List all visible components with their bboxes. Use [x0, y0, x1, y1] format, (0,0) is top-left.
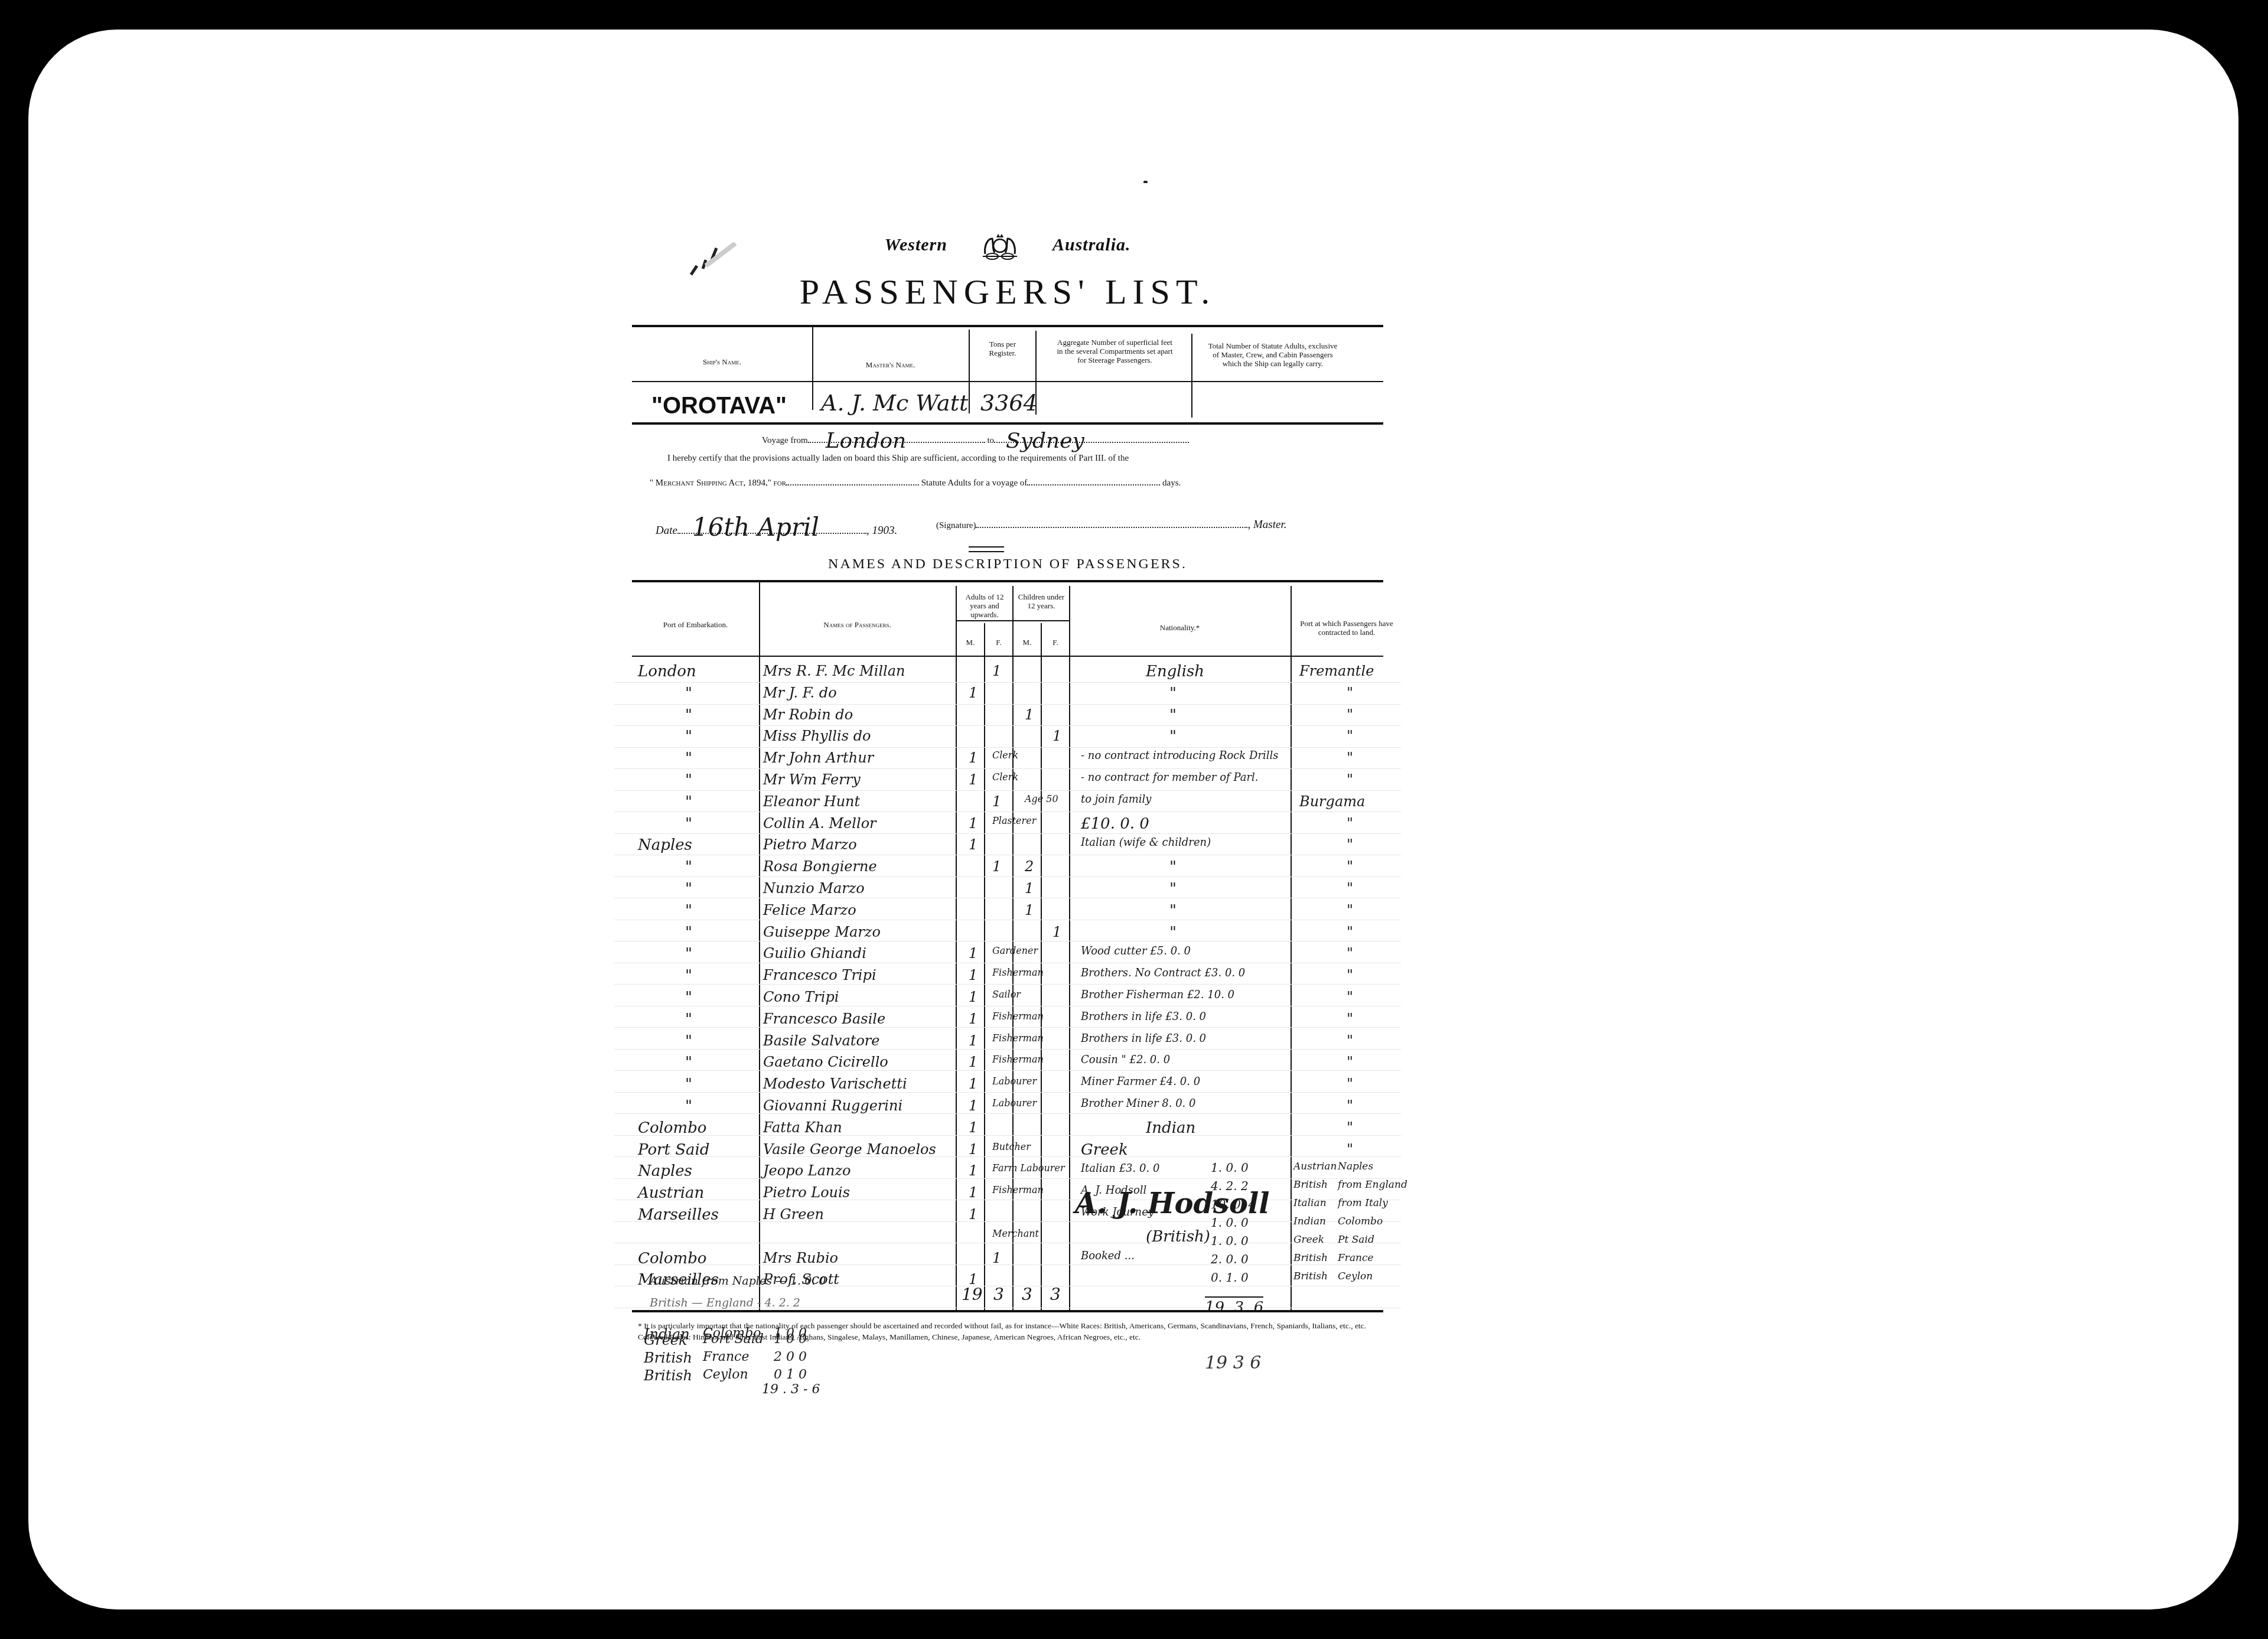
cell-name: Mr J. F. do — [763, 685, 837, 701]
cell-name: Vasile George Manoelos — [763, 1141, 936, 1158]
cell-land: " — [1347, 1054, 1353, 1070]
cell-name: Francesco Basile — [763, 1011, 885, 1027]
cell-af: Labourer — [992, 1076, 1037, 1087]
cell-nat: Wood cutter £5. 0. 0 — [1081, 945, 1191, 957]
header-statute-adults: Total Number of Statute Adults, exclusiv… — [1205, 341, 1341, 368]
cell-cf: 1 — [1052, 924, 1061, 940]
cell-name: Mrs Rubio — [763, 1250, 838, 1266]
cell-am: 1 — [969, 967, 977, 983]
ruled-line — [614, 963, 1401, 963]
ruled-line — [614, 984, 1401, 985]
days-label: days. — [1162, 478, 1181, 488]
cell-name: Fatta Khan — [763, 1119, 842, 1136]
voyage-from-label: Voyage from — [762, 436, 808, 445]
cell-port: Colombo — [638, 1250, 706, 1267]
divider-nationality — [1291, 586, 1292, 1310]
tally-port: from England — [1338, 1179, 1407, 1191]
statute-adults-field — [786, 484, 919, 485]
cell-af: 1 — [992, 663, 1001, 679]
header-port-embarkation: Port of Embarkation. — [632, 620, 759, 629]
voyage-to-field: Sydney — [994, 442, 1189, 443]
cell-cm: 2 — [1025, 858, 1034, 875]
cell-port: London — [638, 663, 696, 680]
cell-port: " — [685, 924, 692, 941]
ruled-line — [614, 1135, 1401, 1136]
rule — [632, 580, 1383, 582]
statute-label: Statute Adults for a voyage of — [921, 478, 1028, 488]
cell-name: Francesco Tripi — [763, 967, 876, 983]
cell-af: Clerk — [992, 750, 1018, 761]
tally-port: Ceylon — [1338, 1270, 1373, 1282]
rule — [632, 656, 1383, 657]
cell-name: Mrs R. F. Mc Millan — [763, 663, 905, 679]
tons-value: 3364 — [980, 390, 1038, 416]
ruled-line — [614, 920, 1401, 920]
cell-port: Naples — [638, 1162, 692, 1180]
tally-nationality: British — [1293, 1179, 1328, 1191]
cell-port: Austrian — [638, 1184, 704, 1202]
cell-land: " — [1347, 1011, 1353, 1027]
ruled-line — [614, 812, 1401, 812]
cell-am: 1 — [969, 771, 977, 788]
cell-af: Merchant — [992, 1228, 1039, 1239]
cell-af: Fisherman — [992, 967, 1044, 978]
bottom-tally-port: Ceylon — [703, 1367, 748, 1382]
cell-name: Mr Wm Ferry — [763, 771, 861, 788]
header-masters-name: Master's Name. — [812, 360, 969, 369]
cell-nat: - no contract introducing Rock Drills — [1081, 750, 1279, 762]
ruled-line — [614, 855, 1401, 855]
ruled-line — [614, 704, 1401, 705]
bottom-tally-port: France — [703, 1350, 749, 1364]
cell-am: 1 — [969, 1032, 977, 1049]
cell-af: Fisherman — [992, 1011, 1044, 1022]
tally-port: Colombo — [1338, 1216, 1383, 1227]
cell-land: " — [1347, 945, 1353, 962]
bottom-tally-nat: British — [644, 1350, 692, 1366]
cell-port: " — [685, 858, 692, 876]
tally-nums: 1. 0. 0 — [790, 1275, 826, 1288]
cell-port: " — [685, 1097, 692, 1115]
cell-am: 1 — [969, 1011, 977, 1027]
rule — [957, 620, 1069, 621]
cell-nat: " — [1169, 858, 1177, 876]
cell-am: 1 — [969, 945, 977, 962]
header-names: Names of Passengers. — [759, 620, 956, 629]
cell-land: " — [1347, 924, 1353, 940]
cell-land: " — [1347, 967, 1353, 983]
cell-land: " — [1347, 750, 1353, 766]
tally-port: Pt Said — [1338, 1234, 1374, 1246]
state-western: Western — [884, 235, 947, 255]
cell-am: 1 — [969, 750, 977, 766]
cell-port: " — [685, 945, 692, 963]
tally-port: from Naples — [702, 1275, 772, 1288]
header-child-m: M. — [1014, 638, 1041, 647]
tally-nums: 2. 0. 0 — [1211, 1252, 1249, 1266]
cell-cm: 1 — [1025, 902, 1034, 918]
cell-am: 1 — [969, 1054, 977, 1070]
divider-names — [956, 586, 957, 1310]
cell-name: Eleanor Hunt — [763, 793, 860, 810]
cell-port: Naples — [638, 836, 692, 854]
bottom-tally-nums: 1 0 0 — [774, 1332, 807, 1347]
cell-nat: " — [1169, 880, 1177, 898]
side-total: 19 3 6 — [1205, 1353, 1261, 1373]
cell-land: " — [1347, 1032, 1353, 1049]
cell-af: 1 — [992, 1250, 1001, 1266]
cell-port: " — [685, 967, 692, 985]
rule — [632, 325, 1383, 327]
total-adult-m: 19 — [962, 1285, 983, 1304]
cell-land: " — [1347, 1097, 1353, 1114]
header-ships-name: Ship's Name. — [632, 357, 812, 366]
tally-british: British — England - 4. 2. 2 — [650, 1296, 800, 1309]
ruled-line — [614, 768, 1401, 769]
cell-land: " — [1347, 989, 1353, 1005]
cell-nat: Cousin " £2. 0. 0 — [1081, 1054, 1170, 1066]
cell-cm: Age 50 — [1025, 793, 1058, 804]
ruled-line — [614, 1221, 1401, 1222]
bottom-total: 19 . 3 - 6 — [762, 1382, 820, 1397]
cell-af: Butcher — [992, 1141, 1031, 1152]
tally-nationality: Austrian — [1293, 1161, 1337, 1172]
date-field: 16th April — [677, 533, 866, 534]
cell-name: Rosa Bongierne — [763, 858, 877, 875]
total-child-m: 3 — [1022, 1285, 1032, 1304]
header-adult-f: F. — [985, 638, 1012, 647]
cell-land: " — [1347, 880, 1353, 897]
cell-name: H Green — [763, 1206, 824, 1223]
cell-nat: (British) — [1146, 1228, 1210, 1246]
coat-of-arms-icon — [980, 230, 1019, 260]
bottom-tally-nat: Greek — [644, 1332, 687, 1348]
cell-nat: Booked ... — [1081, 1250, 1135, 1262]
cell-am: 1 — [969, 815, 977, 832]
signature-line: (Signature), Master. — [936, 519, 1286, 532]
double-rule — [969, 546, 1004, 552]
header-children: Children under 12 years. — [1014, 592, 1069, 610]
cell-port: " — [685, 1076, 692, 1093]
voyage-from-field: London — [808, 442, 985, 443]
cell-port: " — [685, 1011, 692, 1028]
cell-cm: 1 — [1025, 706, 1034, 723]
cell-nat: Indian — [1146, 1119, 1195, 1137]
cell-nat: Brothers. No Contract £3. 0. 0 — [1081, 967, 1245, 979]
cell-af: 1 — [992, 858, 1001, 875]
cell-am: 1 — [969, 685, 977, 701]
cell-nat: Brothers in life £3. 0. 0 — [1081, 1011, 1206, 1023]
cell-name: Giovanni Ruggerini — [763, 1097, 902, 1114]
cell-land: " — [1347, 858, 1353, 875]
date-value: 16th April — [692, 513, 819, 542]
cell-am: 1 — [969, 1097, 977, 1114]
date-year: , 1903. — [866, 524, 897, 537]
cell-land: Burgama — [1299, 793, 1365, 810]
ruled-line — [614, 1006, 1401, 1006]
cell-land: " — [1347, 728, 1353, 744]
cell-name: Pietro Marzo — [763, 836, 857, 853]
page-title: PASSENGERS' LIST. — [614, 272, 1401, 312]
ruled-line — [614, 1243, 1401, 1243]
cell-cm: 1 — [1025, 880, 1034, 897]
cell-af: Farm Labourer — [992, 1162, 1065, 1174]
tally-total: 19. 3. 6 — [1205, 1296, 1263, 1317]
cell-port: " — [685, 1054, 692, 1071]
header-adults: Adults of 12 years and upwards. — [957, 592, 1012, 619]
cell-port: " — [685, 989, 692, 1006]
ruled-line — [614, 941, 1401, 941]
cell-nat: - no contract for member of Parl. — [1081, 771, 1259, 784]
bottom-tally-nums: 2 0 0 — [774, 1350, 807, 1364]
tally-nums: 1. 0. 0 — [1211, 1234, 1249, 1248]
cell-port: " — [685, 793, 692, 811]
tally-nums: 4. 2. 2 — [765, 1296, 800, 1309]
cell-name: Mr Robin do — [763, 706, 853, 723]
divider — [1191, 334, 1192, 418]
master-name-value: A. J. Mc Watt — [821, 390, 968, 416]
rule — [632, 422, 1383, 425]
cell-port: " — [685, 685, 692, 702]
cell-name: Collin A. Mellor — [763, 815, 876, 832]
header-child-f: F. — [1042, 638, 1069, 647]
cell-af: 1 — [992, 793, 1001, 810]
cell-nat: " — [1169, 728, 1177, 745]
tally-nationality: Italian — [1293, 1197, 1327, 1209]
cell-name: Cono Tripi — [763, 989, 839, 1005]
tally-port: England — [706, 1296, 754, 1309]
tally-nums: 0. 1. 0 — [1211, 1270, 1249, 1285]
cell-nat: Greek — [1081, 1141, 1128, 1159]
ruled-line — [614, 1265, 1401, 1265]
cell-land: " — [1347, 836, 1353, 853]
ruled-line — [614, 725, 1401, 726]
cell-land: " — [1347, 1141, 1353, 1158]
cell-nat: Italian (wife & children) — [1081, 836, 1211, 849]
official-signature: A. J. Hodsoll — [1075, 1187, 1270, 1220]
cell-port: " — [685, 771, 692, 789]
cell-port: " — [685, 815, 692, 833]
cell-name: Gaetano Cicirello — [763, 1054, 888, 1070]
cell-af: Labourer — [992, 1097, 1037, 1109]
ruled-line — [614, 1200, 1401, 1200]
header-aggregate-feet: Aggregate Number of superficial feet in … — [1054, 338, 1175, 364]
cell-name: Mr John Arthur — [763, 750, 874, 766]
cell-af: Clerk — [992, 771, 1018, 783]
ruled-line — [614, 790, 1401, 791]
cell-nat: " — [1169, 706, 1177, 724]
bottom-tally-nat: British — [644, 1367, 692, 1384]
tally-nationality: British — [1293, 1270, 1328, 1282]
divider-am — [984, 623, 985, 1310]
ruled-line — [614, 833, 1401, 834]
header-tons: Tons per Register. — [980, 340, 1025, 357]
tally-nationality: British — [1293, 1252, 1328, 1264]
cell-nat: English — [1146, 663, 1204, 680]
cell-nat: " — [1169, 902, 1177, 920]
tally-port: from Italy — [1338, 1197, 1388, 1209]
cell-land: " — [1347, 902, 1353, 918]
cell-name: Guiseppe Marzo — [763, 924, 881, 940]
cell-nat: to join family — [1081, 793, 1151, 806]
date-label: Date — [656, 524, 677, 537]
ruled-line — [614, 1027, 1401, 1028]
act-label: " Merchant Shipping Act, 1894," for — [650, 478, 786, 488]
passenger-list-document: Western Australia. PASSENGERS' LIST. Shi… — [614, 183, 1401, 1418]
rule — [632, 381, 1383, 382]
cell-af: Plasterer — [992, 815, 1036, 826]
cell-name: Jeopo Lanzo — [763, 1162, 851, 1179]
tally-nationality: Indian — [1293, 1216, 1326, 1227]
cell-nat: Italian £3. 0. 0 — [1081, 1162, 1159, 1175]
bottom-tally-port: Port Said — [703, 1332, 764, 1347]
cell-port: " — [685, 728, 692, 745]
days-field — [1027, 484, 1160, 485]
cell-am: 1 — [969, 836, 977, 853]
header-nationality: Nationality.* — [1069, 623, 1291, 632]
cell-name: Pietro Louis — [763, 1184, 850, 1201]
tally-austrian: Austrian from Naples — 1. 0. 0 — [650, 1275, 826, 1288]
rule — [632, 1310, 1383, 1312]
cell-land: " — [1347, 706, 1353, 723]
ruled-line — [614, 1070, 1401, 1071]
header-adult-m: M. — [957, 638, 984, 647]
certify-text: I hereby certify that the provisions act… — [667, 454, 1129, 464]
divider — [969, 330, 970, 413]
cell-port: " — [685, 1032, 692, 1050]
cell-name: Nunzio Marzo — [763, 880, 865, 897]
cell-port: " — [685, 880, 692, 898]
tally-nat: British — [650, 1296, 688, 1309]
section-title: NAMES AND DESCRIPTION OF PASSENGERS. — [614, 556, 1401, 572]
tally-nationality: Greek — [1293, 1234, 1324, 1246]
master-label: , Master. — [1247, 519, 1286, 531]
cell-port: Marseilles — [638, 1206, 719, 1224]
cell-land: " — [1347, 1076, 1353, 1092]
cell-af: Fisherman — [992, 1054, 1044, 1065]
voyage-line: Voyage fromLondon toSydney — [762, 436, 1189, 446]
header-port-landing: Port at which Passengers have contracted… — [1291, 619, 1403, 637]
cell-port: " — [685, 750, 692, 767]
voyage-to-value: Sydney — [1006, 429, 1084, 453]
cell-land: " — [1347, 771, 1353, 788]
cell-nat: Brothers in life £3. 0. 0 — [1081, 1032, 1206, 1045]
cell-nat: £10. 0. 0 — [1081, 815, 1149, 833]
cell-name: Basile Salvatore — [763, 1032, 880, 1049]
cell-land: " — [1347, 1119, 1353, 1136]
cell-port: Port Said — [638, 1141, 710, 1159]
cell-am: 1 — [969, 1119, 977, 1136]
signature-label: (Signature) — [936, 521, 976, 530]
ruled-line — [614, 1113, 1401, 1114]
cell-name: Guilio Ghiandi — [763, 945, 866, 962]
state-australia: Australia. — [1052, 235, 1131, 255]
tally-port: Naples — [1338, 1161, 1373, 1172]
cell-nat: " — [1169, 685, 1177, 702]
divider-port — [759, 582, 760, 1310]
cell-name: Miss Phyllis do — [763, 728, 871, 744]
total-child-f: 3 — [1050, 1285, 1061, 1304]
ruled-line — [614, 898, 1401, 898]
divider-children — [1069, 586, 1070, 1310]
cell-af: Fisherman — [992, 1184, 1044, 1195]
cell-land: " — [1347, 685, 1353, 701]
ruled-line — [614, 1178, 1401, 1179]
cell-af: Fisherman — [992, 1032, 1044, 1044]
voyage-from-value: London — [826, 429, 907, 453]
signature-field — [976, 527, 1247, 528]
ship-name-value: "OROTAVA" — [644, 393, 794, 419]
cell-am: 1 — [969, 1162, 977, 1179]
cell-name: Modesto Varischetti — [763, 1076, 907, 1092]
total-adult-f: 3 — [993, 1285, 1004, 1304]
cell-port: " — [685, 902, 692, 920]
cell-af: Gardener — [992, 945, 1038, 956]
cell-cf: 1 — [1052, 728, 1061, 744]
cell-nat: Brother Fisherman £2. 10. 0 — [1081, 989, 1234, 1001]
voyage-to-label: to — [987, 436, 994, 445]
cell-am: 1 — [969, 1184, 977, 1201]
tally-nums: 1. 0. 0 — [1211, 1161, 1249, 1175]
cell-name: Felice Marzo — [763, 902, 856, 918]
date-line: Date16th April, 1903. — [656, 524, 897, 537]
cell-land: Fremantle — [1299, 663, 1374, 679]
act-line: " Merchant Shipping Act, 1894," for Stat… — [650, 478, 1181, 488]
cell-land: " — [1347, 815, 1353, 832]
tally-nat: Austrian — [650, 1275, 698, 1288]
cell-port: " — [685, 706, 692, 724]
cell-am: 1 — [969, 1141, 977, 1158]
ruled-line — [614, 747, 1401, 748]
cell-nat: Brother Miner 8. 0. 0 — [1081, 1097, 1195, 1110]
cell-af: Sailor — [992, 989, 1021, 1000]
cell-port: Colombo — [638, 1119, 706, 1137]
ruled-line — [614, 876, 1401, 877]
ruled-line — [614, 1092, 1401, 1093]
cell-am: 1 — [969, 1076, 977, 1092]
ruled-line — [614, 682, 1401, 683]
cell-am: 1 — [969, 1206, 977, 1223]
ruled-line — [614, 1156, 1401, 1157]
tally-port: France — [1338, 1252, 1374, 1264]
cell-nat: " — [1169, 924, 1177, 941]
letterhead: Western Australia. — [614, 230, 1401, 260]
ruled-line — [614, 1049, 1401, 1050]
cell-am: 1 — [969, 989, 977, 1005]
bottom-tally-nums: 0 1 0 — [774, 1367, 807, 1382]
cell-nat: Miner Farmer £4. 0. 0 — [1081, 1076, 1200, 1088]
